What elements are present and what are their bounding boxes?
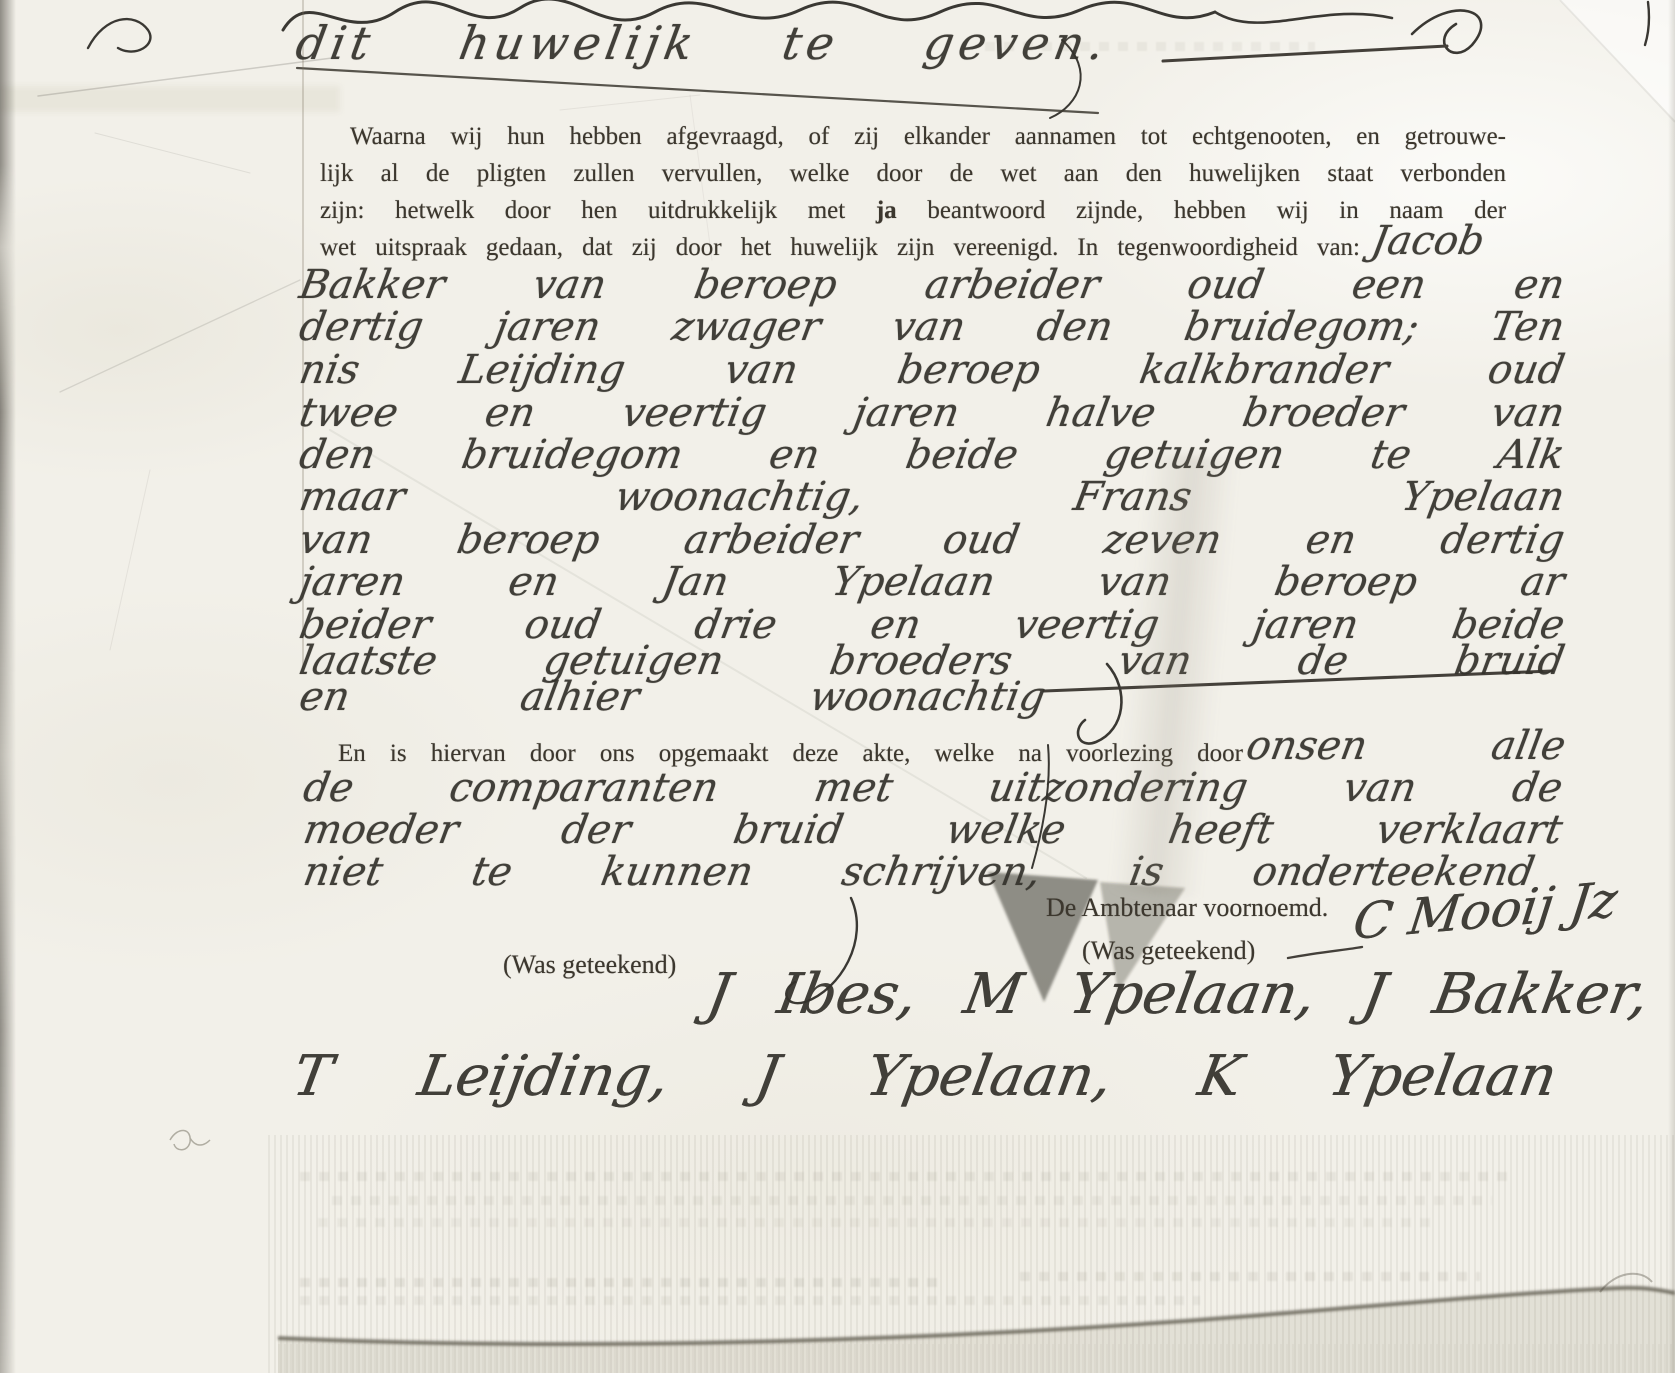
- handwritten-line: dertig jaren zwager van den bruidegom; T…: [296, 304, 1568, 350]
- scan-edge-left: [0, 0, 16, 1373]
- handwritten-line: maar woonachtig, Frans Ypelaan: [296, 474, 1568, 520]
- handwritten-line: den bruidegom en beide getuigen te Alk: [296, 432, 1568, 478]
- declaration-paragraph: Waarna wij hun hebben afgevraagd, of zij…: [320, 118, 1506, 266]
- document-scan-page: { "colors": { "paper": "#f2f0e9", "ink":…: [0, 0, 1675, 1373]
- bleed-through-text: [985, 42, 1315, 51]
- handwritten-line: jaren en Jan Ypelaan van beroep ar: [296, 559, 1568, 605]
- printed-line: wet uitspraak gedaan, dat zij door het h…: [320, 229, 1360, 266]
- handwritten-line: twee en veertig jaren halve broeder van: [296, 390, 1568, 436]
- signature-row: J Ibes, M Ypelaan, J Bakker,: [702, 962, 1653, 1027]
- handwritten-line: moeder der bruid welke heeft verklaart: [300, 807, 1566, 853]
- corner-highlight: [1560, 0, 1675, 122]
- scan-striation-band: [278, 1344, 1675, 1373]
- printed-bold-ja: ja: [876, 197, 897, 224]
- printed-line: Waarna wij hun hebben afgevraagd, of zij…: [320, 118, 1506, 155]
- handwritten-line: Bakker van beroep arbeider oud een en: [296, 262, 1568, 308]
- printed-line: zijn: hetwelk door hen uitdrukkelijk met…: [320, 192, 1506, 229]
- printed-line: lijk al de pligten zullen vervullen, wel…: [320, 155, 1506, 192]
- scan-edge-right: [1668, 0, 1675, 1373]
- handwritten-line: nis Leijding van beroep kalkbrander oud: [296, 347, 1568, 393]
- handwritten-name-jacob: Jacob: [1368, 218, 1488, 264]
- handwritten-line: de comparanten met uitzondering van de: [300, 765, 1566, 811]
- stray-ink-mark: [170, 1130, 210, 1149]
- handwritten-line: van beroep arbeider oud zeven en dertig: [296, 517, 1568, 563]
- signature-row: T Leijding, J Ypelaan, K Ypelaan: [288, 1044, 1561, 1109]
- was-signed-label-left: (Was geteekend): [503, 950, 676, 980]
- official-title: De Ambtenaar voornoemd.: [1046, 893, 1328, 923]
- marriage-certificate-scan: dit huwelijk te geven. Waarna wij hun he…: [0, 0, 1675, 1373]
- printed-text: zijn: hetwelk door hen uitdrukkelijk met: [320, 197, 845, 224]
- handwritten-continuation: onsen alle: [1243, 723, 1569, 769]
- handwritten-line: en alhier woonachtig: [296, 674, 1049, 720]
- scan-striation-band: [268, 1135, 1675, 1373]
- handwritten-line: niet te kunnen schrijven, is onderteeken…: [300, 849, 1538, 895]
